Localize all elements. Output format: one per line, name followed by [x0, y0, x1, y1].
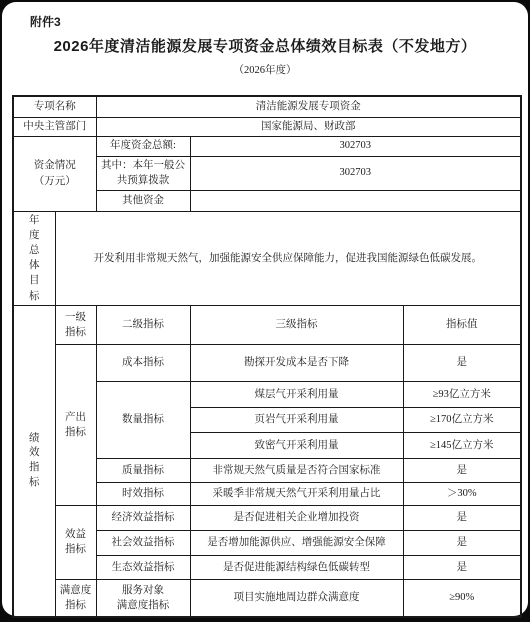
level3-indicator: 是否促进能源结构绿色低碳转型 — [190, 555, 403, 579]
level1-benefit: 效益 指标 — [55, 505, 96, 579]
level2-social: 社会效益指标 — [96, 530, 190, 555]
funds-other-value — [190, 190, 521, 211]
level2-economic: 经济效益指标 — [96, 505, 190, 530]
annual-goal-text: 开发利用非常规天然气，加强能源安全供应保障能力，促进我国能源绿色低碳发展。 — [55, 211, 521, 305]
level3-indicator: 致密气开采利用量 — [190, 432, 403, 458]
table-row: 产出 指标 成本指标 勘探开发成本是否下降 是 — [13, 344, 521, 381]
indicator-value: ＞30% — [403, 482, 521, 505]
table-row: 满意度 指标 服务对象 满意度指标 项目实施地周边群众满意度 ≥90% — [13, 579, 521, 617]
level3-indicator: 是否促进相关企业增加投资 — [190, 505, 403, 530]
level2-quality: 质量指标 — [96, 458, 190, 482]
level2-quantity: 数量指标 — [96, 381, 190, 458]
level3-indicator: 项目实施地周边群众满意度 — [190, 579, 403, 617]
funds-other-label: 其他资金 — [96, 190, 190, 211]
indicator-value: 是 — [403, 458, 521, 482]
table-row: 中央主管部门 国家能源局、财政部 — [13, 117, 521, 136]
funds-total-label: 年度资金总额: — [96, 136, 190, 156]
funds-section-label: 资金情况 （万元） — [13, 136, 96, 211]
level2-timeliness: 时效指标 — [96, 482, 190, 505]
level3-indicator: 采暖季非常规天然气开采利用量占比 — [190, 482, 403, 505]
funds-budget-label: 其中：本年一般公共预算拨款 — [96, 156, 190, 190]
indicator-value: ≥170亿立方米 — [403, 407, 521, 432]
page-title: 2026年度清洁能源发展专项资金总体绩效目标表（不发地方） — [2, 35, 528, 56]
funds-budget-value: 302703 — [190, 156, 521, 190]
indicator-value: 是 — [403, 530, 521, 555]
level2-satisfaction: 服务对象 满意度指标 — [96, 579, 190, 617]
level3-indicator: 勘探开发成本是否下降 — [190, 344, 403, 381]
table-row: 效益 指标 经济效益指标 是否促进相关企业增加投资 是 — [13, 505, 521, 530]
level1-output: 产出 指标 — [55, 344, 96, 505]
department-value: 国家能源局、财政部 — [96, 117, 521, 136]
level2-ecological: 生态效益指标 — [96, 555, 190, 579]
level1-satisfaction: 满意度 指标 — [55, 579, 96, 617]
indicator-value: 是 — [403, 555, 521, 579]
performance-section-label: 绩 效 指 标 — [13, 305, 55, 617]
indicator-value: ≥90% — [403, 579, 521, 617]
performance-target-table: 专项名称 清洁能源发展专项资金 中央主管部门 国家能源局、财政部 资金情况 （万… — [12, 95, 522, 618]
header-level3: 三级指标 — [190, 305, 403, 344]
indicator-value: ≥145亿立方米 — [403, 432, 521, 458]
table-header-row: 绩 效 指 标 一级 指标 二级指标 三级指标 指标值 — [13, 305, 521, 344]
indicator-value: 是 — [403, 505, 521, 530]
funds-total-value: 302703 — [190, 136, 521, 156]
level3-indicator: 煤层气开采利用量 — [190, 381, 403, 407]
header-value: 指标值 — [403, 305, 521, 344]
table-row: 专项名称 清洁能源发展专项资金 — [13, 96, 521, 117]
header-level1: 一级 指标 — [55, 305, 96, 344]
level2-cost: 成本指标 — [96, 344, 190, 381]
indicator-value: ≥93亿立方米 — [403, 381, 521, 407]
indicator-value: 是 — [403, 344, 521, 381]
project-name-label: 专项名称 — [13, 96, 96, 117]
project-name-value: 清洁能源发展专项资金 — [96, 96, 521, 117]
level3-indicator: 非常规天然气质量是否符合国家标准 — [190, 458, 403, 482]
header-level2: 二级指标 — [96, 305, 190, 344]
department-label: 中央主管部门 — [13, 117, 96, 136]
table-row: 年 度 总 体 目 标 开发利用非常规天然气，加强能源安全供应保障能力，促进我国… — [13, 211, 521, 305]
level3-indicator: 页岩气开采利用量 — [190, 407, 403, 432]
annual-goal-label: 年 度 总 体 目 标 — [13, 211, 55, 305]
page-subtitle: （2026年度） — [2, 62, 528, 77]
attachment-label: 附件3 — [30, 13, 61, 30]
level3-indicator: 是否增加能源供应、增强能源安全保障 — [190, 530, 403, 555]
document-page: 附件3 2026年度清洁能源发展专项资金总体绩效目标表（不发地方） （2026年… — [2, 2, 528, 616]
table-row: 资金情况 （万元） 年度资金总额: 302703 — [13, 136, 521, 156]
